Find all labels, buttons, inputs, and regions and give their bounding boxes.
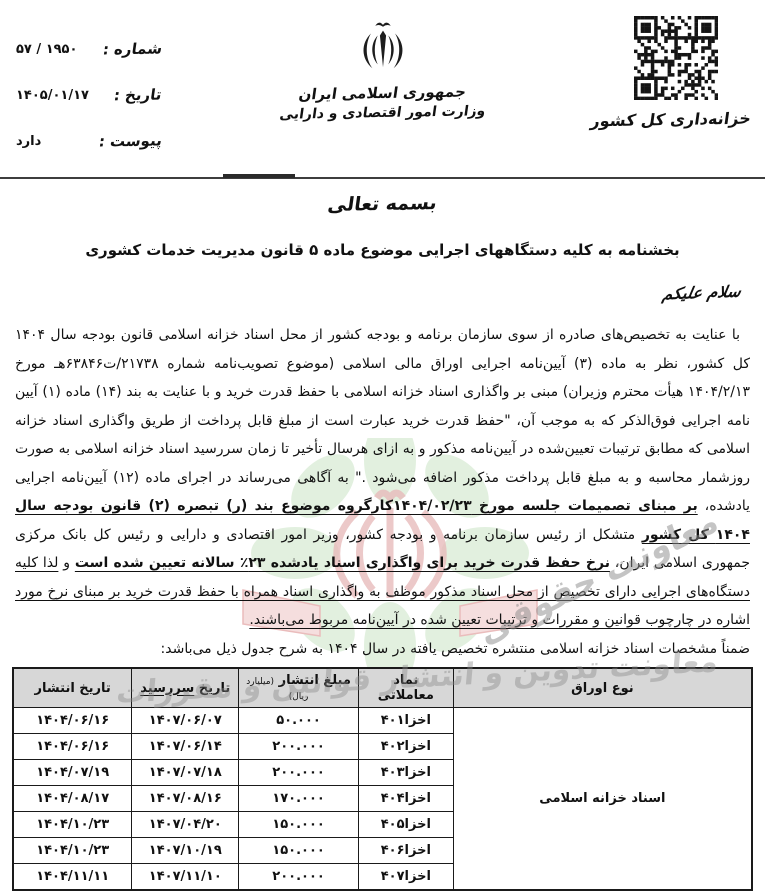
circular-title: بخشنامه به کلیه دستگاههای اجرایی موضوع م… — [0, 241, 765, 259]
symbol-cell: اخزا۴۰۳ — [358, 760, 453, 786]
header-type: نوع اوراق — [453, 668, 752, 708]
document-page: شماره : ۱۹۵۰ / ۵۷ تاریخ : ۱۴۰۵/۰۱/۱۷ پیو… — [0, 0, 765, 891]
issue-cell: ۱۴۰۴/۰۸/۱۷ — [13, 786, 132, 812]
symbol-cell: اخزا۴۰۷ — [358, 864, 453, 891]
amount-cell: ۲۰۰.۰۰۰ — [239, 734, 359, 760]
amount-cell: ۱۵۰.۰۰۰ — [239, 838, 359, 864]
table-row: اسناد خزانه اسلامی اخزا۴۰۱ ۵۰.۰۰۰ ۱۴۰۷/۰… — [13, 708, 752, 734]
header-amount: مبلغ انتشار (میلیارد ریال) — [239, 668, 359, 708]
symbol-cell: اخزا۴۰۲ — [358, 734, 453, 760]
issue-cell: ۱۴۰۴/۱۱/۱۱ — [13, 864, 132, 891]
org-line2: وزارت امور اقتصادی و دارایی — [278, 103, 486, 123]
issue-cell: ۱۴۰۴/۰۶/۱۶ — [13, 708, 132, 734]
issue-cell: ۱۴۰۴/۰۶/۱۶ — [13, 734, 132, 760]
maturity-cell: ۱۴۰۷/۰۶/۰۷ — [132, 708, 239, 734]
letter-body: با عنایت به تخصیص‌های صادره از سوی سازما… — [15, 321, 750, 665]
amount-cell: ۱۵۰.۰۰۰ — [239, 812, 359, 838]
symbol-cell: اخزا۴۰۱ — [358, 708, 453, 734]
letter-attachment-row: پیوست : دارد — [16, 118, 162, 164]
issue-cell: ۱۴۰۴/۰۷/۱۹ — [13, 760, 132, 786]
amount-cell: ۲۰۰.۰۰۰ — [239, 760, 359, 786]
letter-attachment-label: پیوست : — [98, 131, 164, 150]
body-seg-5: و — [58, 555, 74, 571]
maturity-cell: ۱۴۰۷/۰۶/۱۴ — [132, 734, 239, 760]
header-symbol: نماد معاملاتی — [358, 668, 453, 708]
body-paragraph: با عنایت به تخصیص‌های صادره از سوی سازما… — [15, 321, 750, 635]
treasury-title: خزانه‌داری کل کشور — [590, 109, 753, 131]
maturity-cell: ۱۴۰۷/۱۰/۱۹ — [132, 838, 239, 864]
maturity-cell: ۱۴۰۷/۰۴/۲۰ — [132, 812, 239, 838]
iran-emblem-icon — [356, 63, 410, 82]
header-divider — [0, 177, 765, 179]
qr-code — [634, 16, 718, 100]
amount-cell: ۵۰.۰۰۰ — [239, 708, 359, 734]
header-maturity: تاریخ سررسید — [132, 668, 239, 708]
amount-cell: ۱۷۰.۰۰۰ — [239, 786, 359, 812]
amount-cell: ۲۰۰.۰۰۰ — [239, 864, 359, 891]
issue-cell: ۱۴۰۴/۱۰/۲۳ — [13, 838, 132, 864]
symbol-cell: اخزا۴۰۶ — [358, 838, 453, 864]
maturity-cell: ۱۴۰۷/۱۱/۱۰ — [132, 864, 239, 891]
body-closing-line: ضمناً مشخصات اسناد خزانه اسلامی منتشره ت… — [15, 635, 750, 664]
letterhead-right: خزانه‌داری کل کشور — [601, 16, 751, 129]
header-amount-main: مبلغ انتشار — [279, 673, 351, 688]
besmele-text: بسمه تعالی — [326, 192, 438, 216]
body-seg-1: با عنایت به تخصیص‌های صادره از سوی سازما… — [15, 327, 750, 514]
letter-attachment-value: دارد — [16, 134, 41, 149]
symbol-cell: اخزا۴۰۴ — [358, 786, 453, 812]
header-issue: تاریخ انتشار — [13, 668, 132, 708]
header-divider-segment — [223, 174, 295, 178]
salutation-text: سلام علیکم — [661, 282, 742, 304]
securities-table: نوع اوراق نماد معاملاتی مبلغ انتشار (میل… — [12, 667, 753, 891]
table-header-row: نوع اوراق نماد معاملاتی مبلغ انتشار (میل… — [13, 668, 752, 708]
maturity-cell: ۱۴۰۷/۰۷/۱۸ — [132, 760, 239, 786]
org-line1: جمهوری اسلامی ایران — [298, 83, 468, 104]
header-maturity-word: سررسید — [140, 681, 194, 696]
maturity-cell: ۱۴۰۷/۰۸/۱۶ — [132, 786, 239, 812]
instrument-type-cell: اسناد خزانه اسلامی — [453, 708, 752, 891]
body-seg-4-emphasis: نرخ حفظ قدرت خرید برای واگذاری اسناد یاد… — [75, 555, 610, 571]
header-maturity-prefix: تاریخ — [199, 681, 231, 696]
issue-cell: ۱۴۰۴/۱۰/۲۳ — [13, 812, 132, 838]
symbol-cell: اخزا۴۰۵ — [358, 812, 453, 838]
